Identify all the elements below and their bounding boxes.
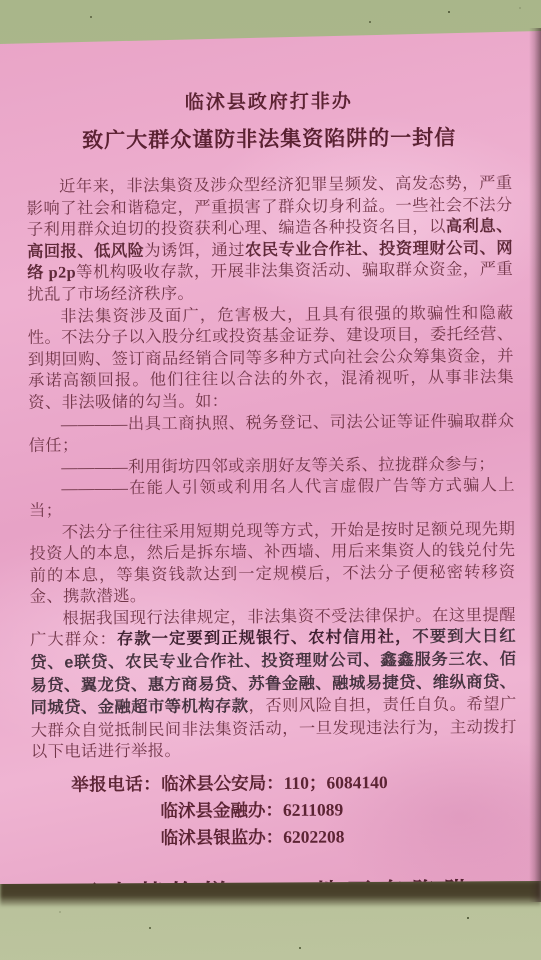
text-run: ————在能人引领或利用名人代言虚假广告等方式骗人上当； <box>29 475 515 519</box>
paragraph: 近年来，非法集资及涉众型经济犯罪呈频发、高发态势，严重影响了社会和谐稳定，严重损… <box>26 172 513 305</box>
text-run: 存款一定要到正规银行、农村信用社， <box>117 628 413 648</box>
paragraph: 非法集资涉及面广，危害极大，且具有很强的欺骗性和隐蔽性。不法分子以入股分红或投资… <box>27 302 514 414</box>
text-run: 为诱饵，通过 <box>144 240 245 260</box>
paragraph: ————在能人引领或利用名人代言虚假广告等方式骗人上当； <box>29 474 515 521</box>
hotline-number: 6211089 <box>283 799 343 819</box>
hotline-line: 临沭县银监办：6202208 <box>161 822 518 852</box>
text-run: 近年来，非法集资及涉众型经济犯罪呈频发、高发态势，严重影响了社会和谐稳定，严重损… <box>27 173 513 239</box>
paragraph: 不法分子往往采用短期兑现等方式，开始是按时足额兑现先期投资人的本息，然后是拆东墙… <box>29 518 516 608</box>
hotline-line: 临沭县金融办：6211089 <box>160 795 517 825</box>
text-run: 不法分子往往采用短期兑现等方式，开始是按时足额兑现先期投资人的本息，然后是拆东墙… <box>29 519 515 607</box>
notice-paper: 临沭县政府打非办 致广大群众谨防非法集资陷阱的一封信 近年来，非法集资及涉众型经… <box>0 31 541 884</box>
hotline-line: 举报电话：临沭县公安局：110；6084140 <box>71 768 517 799</box>
text-run: ————利用街坊四邻或亲朋好友等关系、拉拢群众参与； <box>61 454 495 476</box>
text-run: 非法集资涉及面广，危害极大，且具有很强的欺骗性和隐蔽性。不法分子以入股分红或投资… <box>28 303 514 412</box>
paragraph: 根据我国现行法律规定，非法集资不受法律保护。在这里提醒广大群众：存款一定要到正规… <box>30 604 517 763</box>
notice-content: 临沭县政府打非办 致广大群众谨防非法集资陷阱的一封信 近年来，非法集资及涉众型经… <box>0 29 541 886</box>
hotline-org: 临沭县金融办： <box>160 800 283 821</box>
body-text: 近年来，非法集资及涉众型经济犯罪呈频发、高发态势，严重影响了社会和谐稳定，严重损… <box>26 172 517 763</box>
hotline-org: 临沭县公安局： <box>161 773 284 794</box>
notice-title-line1: 临沭县政府打非办 <box>26 85 512 116</box>
hotline-org: 临沭县银监办： <box>161 827 284 848</box>
text-run: 等机构吸收存款，开展非法集资活动、骗取群众资金，严重扰乱了市场经济秩序。 <box>27 259 513 303</box>
notice-title-line2: 致广大群众谨防非法集资陷阱的一封信 <box>26 121 512 155</box>
hotline-label: 举报电话： <box>71 774 161 795</box>
text-run: ————出具工商执照、税务登记、司法公证等证件骗取群众信任； <box>28 411 514 455</box>
paragraph: ————出具工商执照、税务登记、司法公证等证件骗取群众信任； <box>28 410 514 457</box>
hotline-number: 6202208 <box>283 826 344 846</box>
hotline-number: 110；6084140 <box>284 772 388 793</box>
hotline-block: 举报电话：临沭县公安局：110；6084140临沭县金融办：6211089临沭县… <box>71 768 518 853</box>
